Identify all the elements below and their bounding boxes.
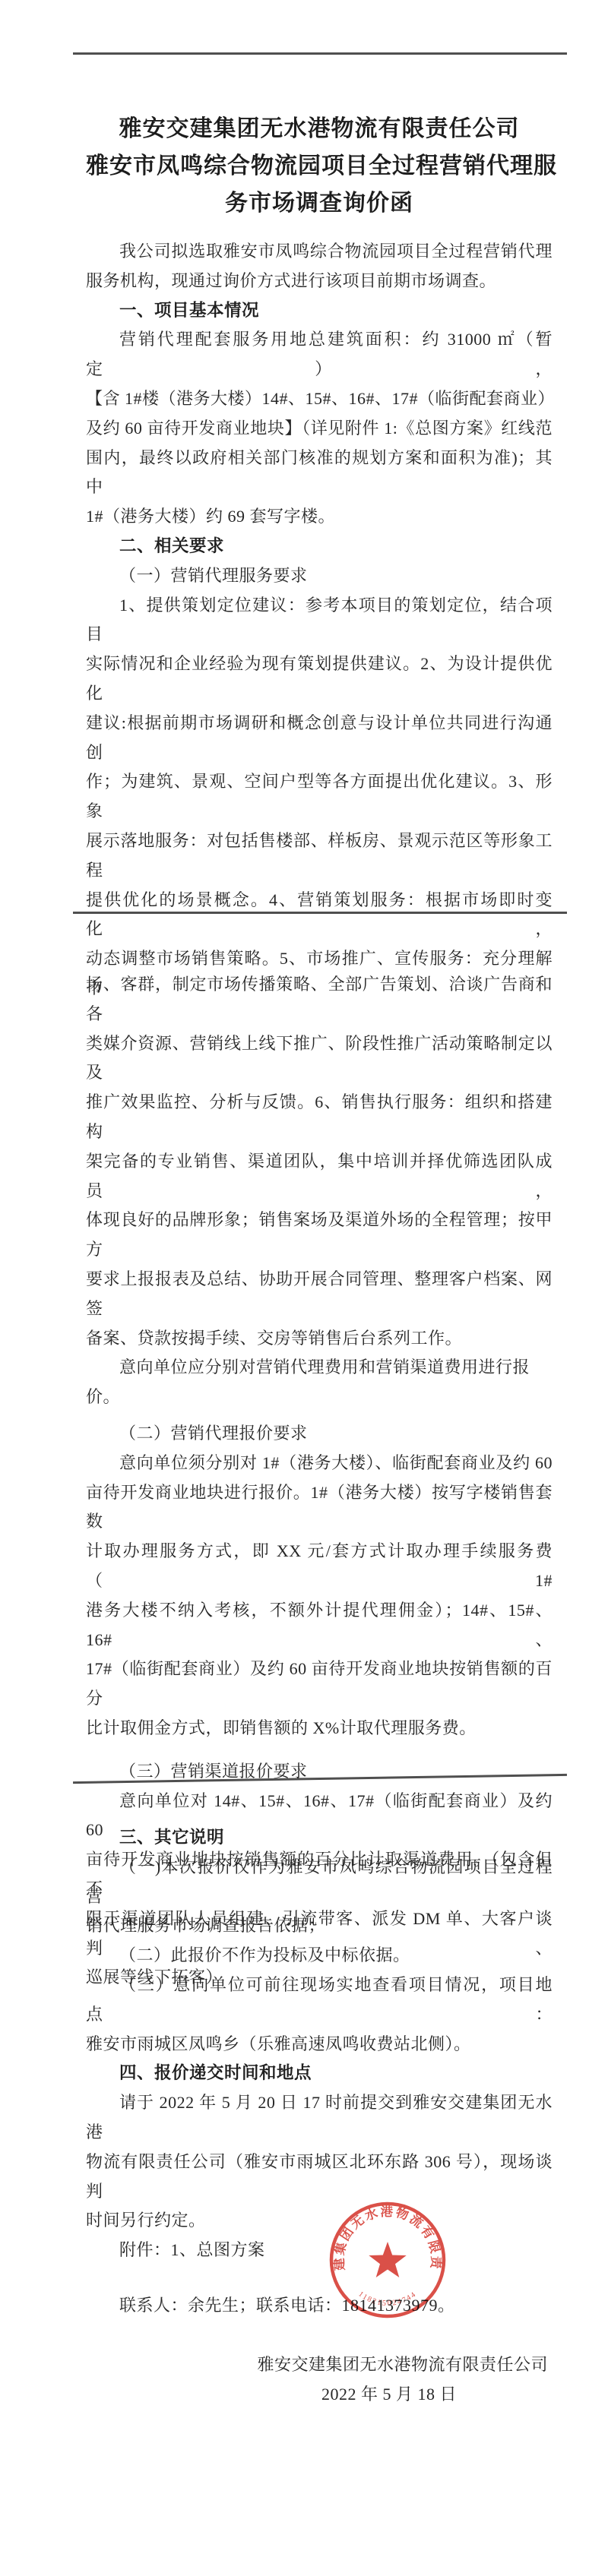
document-title-line: 雅安交建集团无水港物流有限责任公司 — [86, 110, 553, 147]
signature-date: 2022 年 5 月 18 日 — [86, 2380, 553, 2410]
text-line: 实际情况和企业经验为现有策划提供建议。2、为设计提供优化 — [86, 650, 553, 709]
text-line: 1、提供策划定位建议：参考本项目的策划定位，结合项目 — [86, 591, 553, 650]
text-line: 类媒介资源、营销线上线下推广、阶段性推广活动策略制定以及 — [86, 1029, 553, 1089]
text-line: 建议:根据前期市场调研和概念创意与设计单位共同进行沟通创 — [86, 709, 553, 768]
signature-company: 雅安交建集团无水港物流有限责任公司 — [86, 2350, 553, 2380]
text-line: 营销代理配套服务用地总建筑面积：约 31000 ㎡（暂定）， — [86, 325, 553, 384]
text-line: （三）意向单位可前往现场实地查看项目情况，项目地点： — [86, 1971, 553, 2030]
text-line: 提供优化的场景概念。4、营销策划服务：根据市场即时变化， — [86, 886, 553, 945]
text-line: 意向单位应分别对营销代理费用和营销渠道费用进行报价。 — [86, 1353, 553, 1412]
text-line: 体现良好的品牌形象；销售案场及渠道外场的全程管理；按甲方 — [86, 1206, 553, 1265]
text-line: 要求上报报表及总结、协助开展合同管理、整理客户档案、网签 — [86, 1265, 553, 1324]
text-line: 四、报价递交时间和地点 — [86, 2059, 553, 2088]
official-seal: 雅安交建集团无水港物流有限责任公司 118215024744 — [327, 2199, 448, 2321]
text-line: 展示落地服务：对包括售楼部、样板房、景观示范区等形象工程 — [86, 827, 553, 886]
seal-star-icon — [369, 2242, 406, 2277]
text-line: （一）营销代理服务要求 — [86, 561, 553, 591]
page-separator-rule-1 — [73, 52, 567, 55]
text-line: 【含 1#楼（港务大楼）14#、15#、16#、17#（临街配套商业） — [86, 384, 553, 414]
text-line: 17#（临街配套商业）及约 60 亩待开发商业地块按销售额的百分 — [86, 1655, 553, 1714]
text-line: 三、其它说明 — [86, 1823, 553, 1853]
text-line: 我公司拟选取雅安市凤鸣综合物流园项目全过程营销代理 — [86, 237, 553, 267]
text-line: 比计取佣金方式，即销售额的 X%计取代理服务费。 — [86, 1714, 553, 1743]
text-line: 请于 2022 年 5 月 20 日 17 时前提交到雅安交建集团无水港 — [86, 2088, 553, 2148]
text-line: 时间另行约定。 — [86, 2206, 553, 2236]
text-line: 作；为建筑、景观、空间户型等各方面提出优化建议。3、形象 — [86, 767, 553, 827]
text-line: 架完备的专业销售、渠道团队，集中培训并择优筛选团队成员， — [86, 1147, 553, 1206]
text-line: （三）营销渠道报价要求 — [86, 1757, 553, 1787]
contact-line: 联系人：余先生；联系电话：18141373979。 — [86, 2291, 553, 2321]
seal-serial: 118215024744 — [356, 2290, 418, 2308]
text-line: （二）此报价不作为投标及中标依据。 — [86, 1941, 553, 1971]
text-line: 物流有限责任公司（雅安市雨城区北环东路 306 号），现场谈判 — [86, 2148, 553, 2207]
text-line: 销代理服务市场调查报告依据； — [86, 1911, 553, 1941]
text-line: 一、项目基本情况 — [86, 296, 553, 326]
document-title-line: 雅安市凤鸣综合物流园项目全过程营销代理服 — [86, 147, 553, 185]
text-line: 1#（港务大楼）约 69 套写字楼。 — [86, 502, 553, 532]
text-line: 围内，最终以政府相关部门核准的规划方案和面积为准)；其中 — [86, 444, 553, 503]
text-line: 场、客群，制定市场传播策略、全部广告策划、洽谈广告商和各 — [86, 970, 553, 1029]
text-line: 二、相关要求 — [86, 532, 553, 561]
text-line: 意向单位须分别对 1#（港务大楼）、临街配套商业及约 60 — [86, 1449, 553, 1478]
text-line: （一)本次报价仅作为雅安市凤鸣综合物流园项目全过程营 — [86, 1853, 553, 1912]
text-line: （二）营销代理报价要求 — [86, 1419, 553, 1449]
text-line: 港务大楼不纳入考核，不额外计提代理佣金）；14#、15#、16#、 — [86, 1596, 553, 1655]
page-3-content: 三、其它说明（一)本次报价仅作为雅安市凤鸣综合物流园项目全过程营销代理服务市场调… — [86, 1823, 553, 2409]
text-line: 计取办理服务方式，即 XX 元/套方式计取办理手续服务费（1# — [86, 1537, 553, 1596]
text-line: 附件：1、总图方案 — [86, 2236, 553, 2265]
text-line: 服务机构，现通过询价方式进行该项目前期市场调查。 — [86, 267, 553, 296]
page-1-body: 我公司拟选取雅安市凤鸣综合物流园项目全过程营销代理服务机构，现通过询价方式进行该… — [86, 237, 553, 1004]
document-title-line: 务市场调查询价函 — [86, 185, 553, 222]
text-line: 备案、贷款按揭手续、交房等销售后台系列工作。 — [86, 1324, 553, 1354]
page-3-body: 三、其它说明（一)本次报价仅作为雅安市凤鸣综合物流园项目全过程营销代理服务市场调… — [86, 1823, 553, 2265]
document-title: 雅安交建集团无水港物流有限责任公司 雅安市凤鸣综合物流园项目全过程营销代理服 务… — [86, 110, 553, 222]
text-line: 推广效果监控、分析与反馈。6、销售执行服务：组织和搭建构 — [86, 1088, 553, 1147]
text-line: 雅安市雨城区凤鸣乡（乐雅高速凤鸣收费站北侧）。 — [86, 2030, 553, 2059]
scanned-document-canvas: { "page_background": "#ffffff", "text_co… — [0, 0, 608, 2576]
text-line: 及约 60 亩待开发商业地块】（详见附件 1:《总图方案》红线范 — [86, 414, 553, 444]
page-1-content: 雅安交建集团无水港物流有限责任公司 雅安市凤鸣综合物流园项目全过程营销代理服 务… — [86, 110, 553, 1004]
text-line: 亩待开发商业地块进行报价。1#（港务大楼）按写字楼销售套数 — [86, 1478, 553, 1538]
